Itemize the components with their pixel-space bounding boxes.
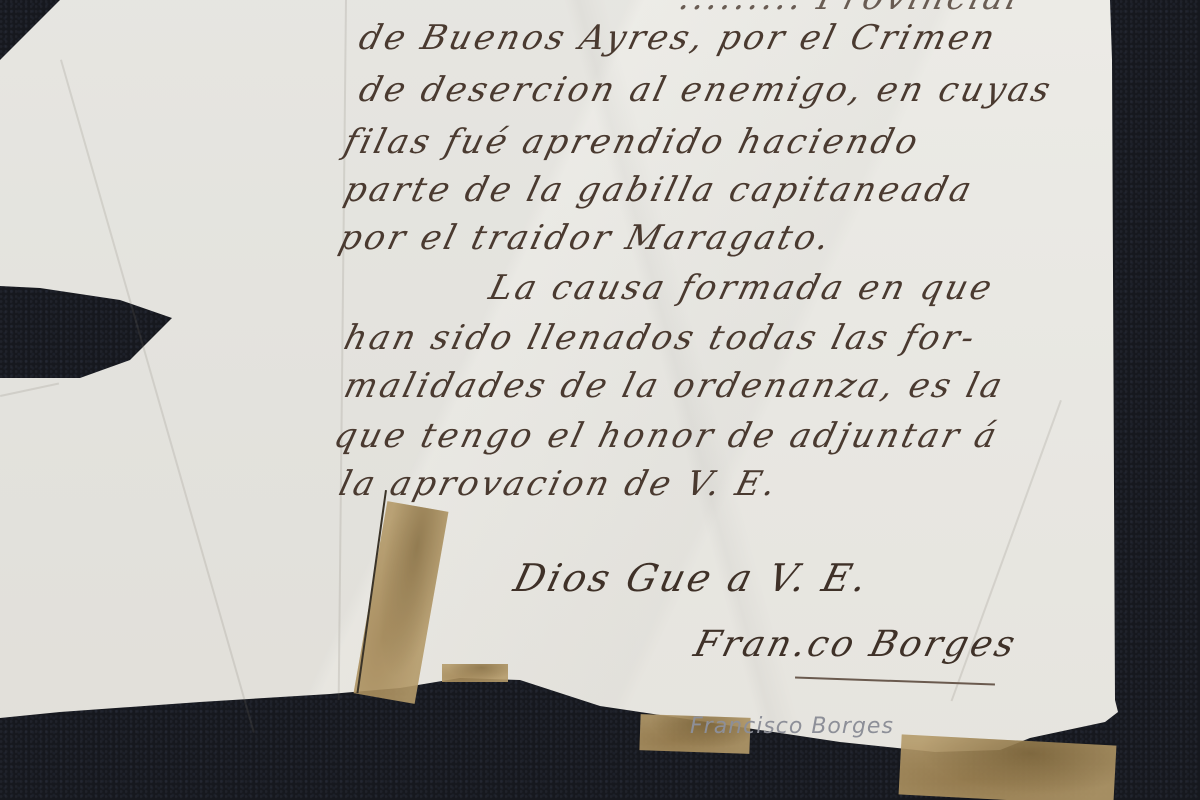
- letter-line-3: filas fué aprendido haciendo: [340, 122, 925, 162]
- letter-line-10: la aprovacion de V. E.: [335, 464, 783, 504]
- pencil-annotation: Francisco Borges: [690, 714, 894, 739]
- letter-line-8: malidades de la ordenanza, es la: [340, 366, 1009, 406]
- letter-line-9: que tengo el honor de adjuntar á: [330, 416, 1003, 456]
- letter-line-4: parte de la gabilla capitaneada: [340, 170, 978, 210]
- letter-body: ......... Provincial de Buenos Ayres, po…: [0, 0, 1200, 800]
- letter-line-2: de desercion al enemigo, en cuyas: [355, 70, 1057, 110]
- letter-line-7: han sido llenados todas las for-: [340, 318, 981, 358]
- signature: Fran.co Borges: [690, 624, 1022, 665]
- letter-line-0: ......... Provincial: [675, 0, 1026, 18]
- letter-line-6: La causa formada en que: [485, 268, 999, 308]
- letter-line-5: por el traidor Maragato.: [335, 218, 836, 258]
- closing-salutation: Dios Gue a V. E.: [510, 556, 875, 600]
- letter-line-1: de Buenos Ayres, por el Crimen: [355, 18, 1002, 58]
- signature-underline: [795, 677, 995, 685]
